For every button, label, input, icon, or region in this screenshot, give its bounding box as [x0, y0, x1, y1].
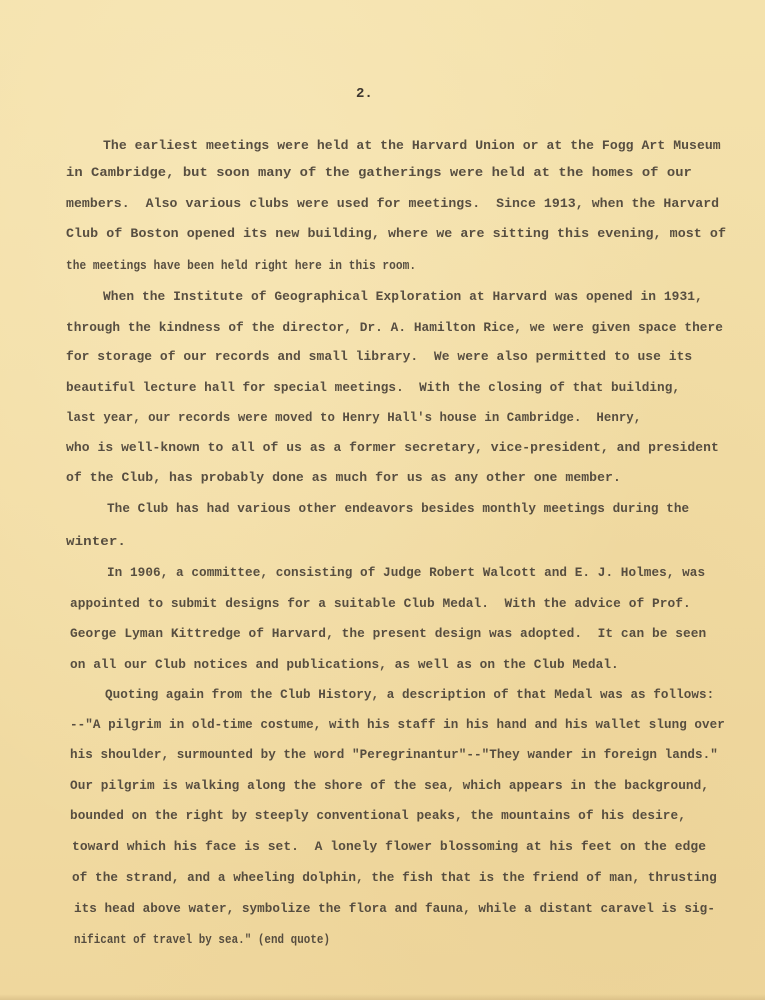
text-line: George Lyman Kittredge of Harvard, the p… [70, 625, 706, 643]
text-line: The Club has had various other endeavors… [107, 500, 689, 518]
text-line: When the Institute of Geographical Explo… [103, 288, 703, 306]
text-line: of the strand, and a wheeling dolphin, t… [72, 869, 717, 887]
text-line: nificant of travel by sea." (end quote) [74, 931, 330, 949]
text-line: beautiful lecture hall for special meeti… [66, 379, 680, 397]
text-line: --"A pilgrim in old-time costume, with h… [70, 716, 725, 734]
text-line: The earliest meetings were held at the H… [103, 137, 721, 155]
text-line: who is well-known to all of us as a form… [66, 439, 719, 457]
text-line: the meetings have been held right here i… [66, 257, 416, 275]
text-line: appointed to submit designs for a suitab… [70, 595, 691, 613]
page-bottom-edge [0, 994, 765, 1000]
text-line: Our pilgrim is walking along the shore o… [70, 777, 709, 795]
text-line: through the kindness of the director, Dr… [66, 319, 723, 337]
text-line: his shoulder, surmounted by the word "Pe… [70, 746, 718, 764]
text-line: In 1906, a committee, consisting of Judg… [107, 564, 705, 582]
text-line: in Cambridge, but soon many of the gathe… [66, 164, 692, 182]
document-page: 2. The earliest meetings were held at th… [0, 0, 765, 1000]
text-line: winter. [66, 533, 126, 551]
text-line: Club of Boston opened its new building, … [66, 225, 726, 243]
text-line: of the Club, has probably done as much f… [66, 469, 621, 487]
text-line: for storage of our records and small lib… [66, 348, 692, 366]
text-line: bounded on the right by steeply conventi… [70, 807, 686, 825]
page-number: 2. [356, 86, 373, 102]
text-line: toward which his face is set. A lonely f… [72, 838, 706, 856]
text-line: Quoting again from the Club History, a d… [105, 686, 714, 704]
text-line: last year, our records were moved to Hen… [66, 409, 641, 427]
text-line: on all our Club notices and publications… [70, 656, 619, 674]
text-line: members. Also various clubs were used fo… [66, 195, 719, 213]
text-line: its head above water, symbolize the flor… [74, 900, 715, 918]
